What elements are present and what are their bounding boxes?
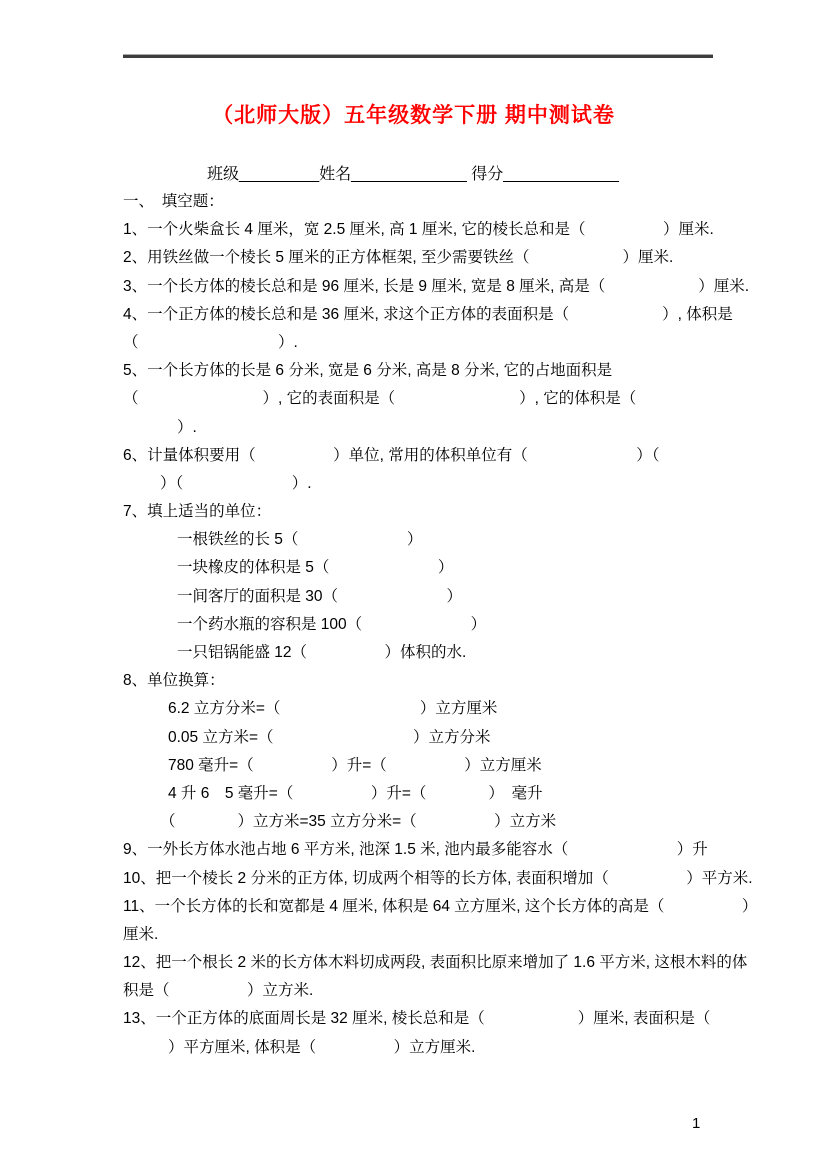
- question-line: 3、一个长方体的棱长总和是 96 厘米, 长是 9 厘米, 宽是 8 厘米, 高…: [123, 273, 783, 301]
- question-line: 2、用铁丝做一个棱长 5 厘米的正方体框架, 至少需要铁丝（ ）厘米.: [123, 244, 783, 272]
- question-line: 一只铝锅能盛 12（ ）体积的水.: [123, 639, 783, 667]
- question-line: 13、一个正方体的底面周长是 32 厘米, 棱长总和是（ ）厘米, 表面积是（: [123, 1005, 783, 1033]
- question-line: 6.2 立方分米=（ ）立方厘米: [123, 695, 783, 723]
- question-list: 一、 填空题： 1、一个火柴盒长 4 厘米，宽 2.5 厘米, 高 1 厘米, …: [123, 188, 783, 1062]
- question-line: 一间客厅的面积是 30（ ）: [123, 583, 783, 611]
- page-title: （北师大版）五年级数学下册 期中测试卷: [0, 99, 827, 129]
- question-line: 10、把一个棱长 2 分米的正方体, 切成两个相等的长方体, 表面积增加（ ）平…: [123, 865, 783, 893]
- header-divider-line: [123, 54, 713, 58]
- student-info-line: 班级_________姓名_____________ 得分___________…: [207, 161, 619, 184]
- page-number: 1: [692, 1115, 700, 1132]
- question-line: 780 毫升=（ ）升=（ ）立方厘米: [123, 752, 783, 780]
- question-line: ）（ ）.: [123, 470, 783, 498]
- question-line: 厘米.: [123, 921, 783, 949]
- question-line: 5、一个长方体的长是 6 分米, 宽是 6 分米, 高是 8 分米, 它的占地面…: [123, 357, 783, 385]
- question-line: 7、填上适当的单位：: [123, 498, 783, 526]
- question-line: （ ）.: [123, 329, 783, 357]
- question-line: 11、一个长方体的长和宽都是 4 厘米, 体积是 64 立方厘米, 这个长方体的…: [123, 893, 783, 921]
- question-line: 4 升 6 5 毫升=（ ）升=（ ） 毫升: [123, 780, 783, 808]
- question-line: 12、把一个根长 2 米的长方体木料切成两段, 表面积比原来增加了 1.6 平方…: [123, 949, 783, 977]
- question-line: 一根铁丝的长 5（ ）: [123, 526, 783, 554]
- question-line: 1、一个火柴盒长 4 厘米，宽 2.5 厘米, 高 1 厘米, 它的棱长总和是（…: [123, 216, 783, 244]
- question-line: （ ）, 它的表面积是（ ）, 它的体积是（: [123, 385, 783, 413]
- section-heading: 一、 填空题：: [123, 188, 783, 216]
- question-line: ）.: [123, 414, 783, 442]
- question-line: 一个药水瓶的容积是 100（ ）: [123, 611, 783, 639]
- question-line: 8、单位换算：: [123, 667, 783, 695]
- question-line: 4、一个正方体的棱长总和是 36 厘米, 求这个正方体的表面积是（ ）, 体积是: [123, 301, 783, 329]
- question-line: （ ）立方米=35 立方分米=（ ）立方米: [123, 808, 783, 836]
- question-line: 一块橡皮的体积是 5（ ）: [123, 554, 783, 582]
- question-line: 0.05 立方米=（ ）立方分米: [123, 724, 783, 752]
- document-page: （北师大版）五年级数学下册 期中测试卷 班级_________姓名_______…: [0, 0, 827, 1170]
- question-line: 9、一外长方体水池占地 6 平方米, 池深 1.5 米, 池内最多能容水（ ）升: [123, 836, 783, 864]
- question-line: ）平方厘米, 体积是（ ）立方厘米.: [123, 1034, 783, 1062]
- question-line: 积是（ ）立方米.: [123, 977, 783, 1005]
- question-line: 6、计量体积要用（ ）单位, 常用的体积单位有（ ）（: [123, 442, 783, 470]
